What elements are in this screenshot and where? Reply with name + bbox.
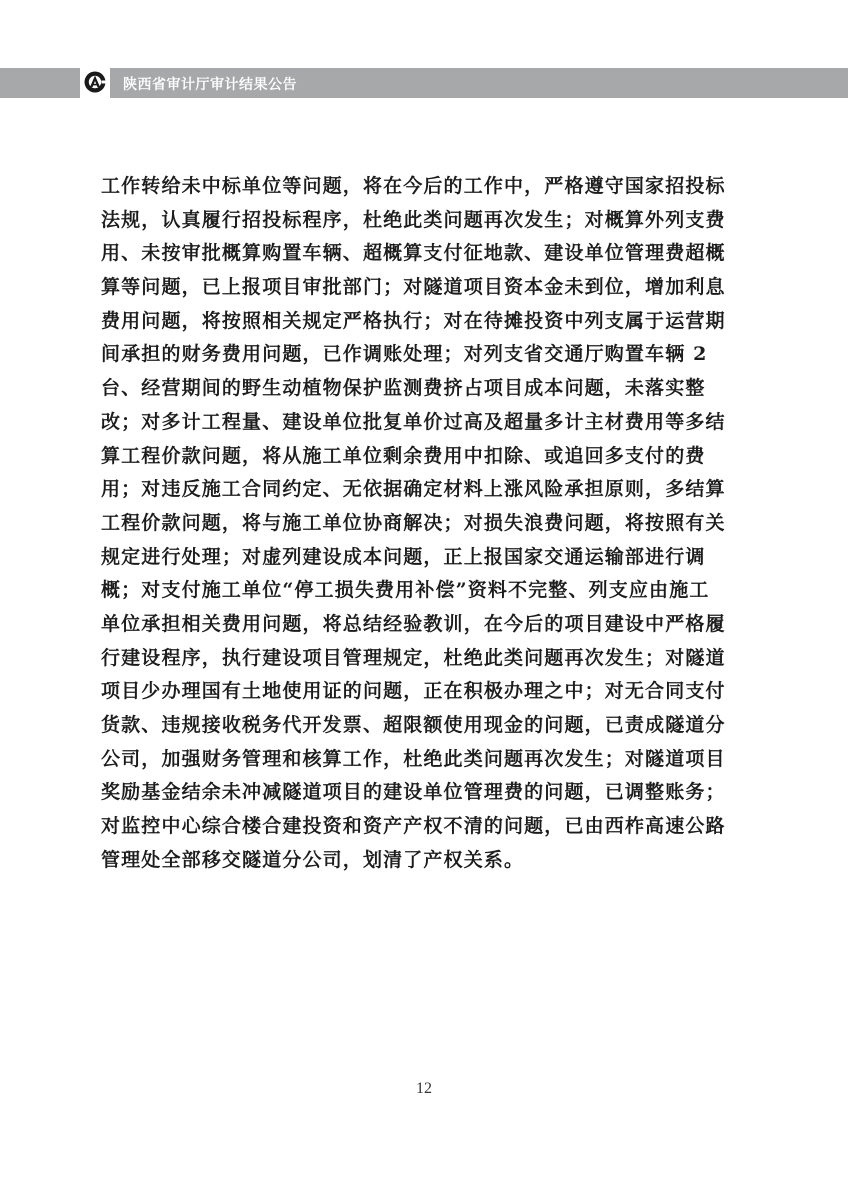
body-paragraph: 工作转给未中标单位等问题，将在今后的工作中，严格遵守国家招投标 法规，认真履行招…: [101, 170, 671, 877]
header-bar: 陕西省审计厅审计结果公告: [110, 68, 848, 98]
header-bar-left-segment: [0, 68, 80, 98]
text-line: 算等问题，已上报项目审批部门；对隧道项目资本金未到位，增加利息: [101, 271, 671, 305]
page-number: 12: [0, 1080, 848, 1098]
header-title: 陕西省审计厅审计结果公告: [123, 74, 297, 94]
text-line: 工程价款问题，将与施工单位协商解决；对损失浪费问题，将按照有关: [101, 507, 671, 541]
text-line: 台、经营期间的野生动植物保护监测费挤占项目成本问题，未落实整: [101, 372, 671, 406]
text-line: 间承担的财务费用问题，已作调账处理；对列支省交通厅购置车辆 2: [101, 338, 671, 372]
text-line: 法规，认真履行招投标程序，杜绝此类问题再次发生；对概算外列支费: [101, 204, 671, 238]
text-line: 工作转给未中标单位等问题，将在今后的工作中，严格遵守国家招投标: [101, 170, 671, 204]
text-line: 奖励基金结余未冲减隧道项目的建设单位管理费的问题，已调整账务；: [101, 776, 671, 810]
text-line: 改；对多计工程量、建设单位批复单价过高及超量多计主材费用等多结: [101, 406, 671, 440]
text-line: 单位承担相关费用问题，将总结经验教训，在今后的项目建设中严格履: [101, 608, 671, 642]
text-line: 算工程价款问题，将从施工单位剩余费用中扣除、或追回多支付的费: [101, 440, 671, 474]
text-line: 用、未按审批概算购置车辆、超概算支付征地款、建设单位管理费超概: [101, 237, 671, 271]
audit-office-emblem-icon: [83, 70, 107, 94]
text-line: 用；对违反施工合同约定、无依据确定材料上涨风险承担原则，多结算: [101, 473, 671, 507]
text-line: 公司，加强财务管理和核算工作，杜绝此类问题再次发生；对隧道项目: [101, 743, 671, 777]
text-line: 概；对支付施工单位“停工损失费用补偿”资料不完整、列支应由施工: [101, 574, 671, 608]
text-line: 管理处全部移交隧道分公司，划清了产权关系。: [101, 844, 671, 878]
text-line: 货款、违规接收税务代开发票、超限额使用现金的问题，已责成隧道分: [101, 709, 671, 743]
text-line: 项目少办理国有土地使用证的问题，正在积极办理之中；对无合同支付: [101, 675, 671, 709]
text-line: 费用问题，将按照相关规定严格执行；对在待摊投资中列支属于运营期: [101, 305, 671, 339]
text-line: 对监控中心综合楼合建投资和资产产权不清的问题，已由西柞高速公路: [101, 810, 671, 844]
text-line: 行建设程序，执行建设项目管理规定，杜绝此类问题再次发生；对隧道: [101, 642, 671, 676]
text-line: 规定进行处理；对虚列建设成本问题，正上报国家交通运输部进行调: [101, 541, 671, 575]
